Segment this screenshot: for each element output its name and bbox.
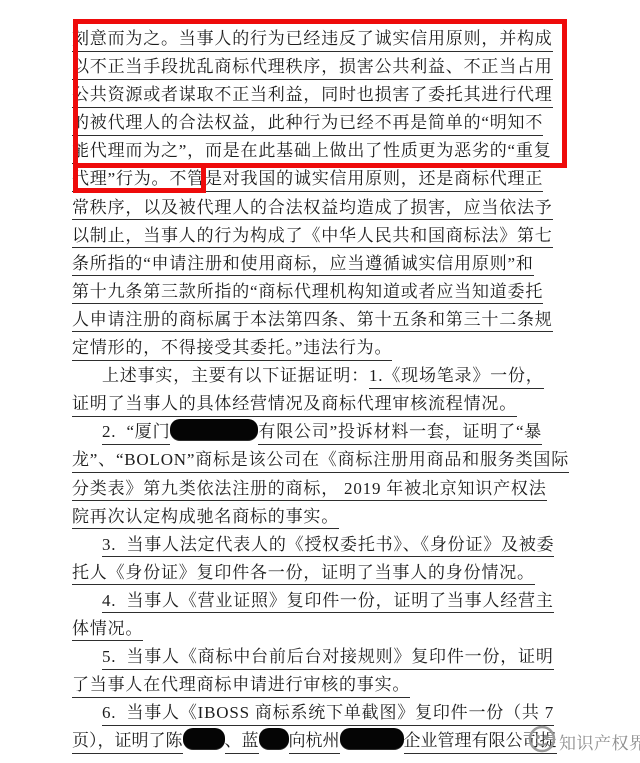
- text-line: 页），证明了陈、蓝向杭州企业管理有限公司提: [72, 727, 566, 755]
- text-line: 证明了当事人的具体经营情况及商标代理审核流程情况。: [72, 390, 566, 418]
- publisher-logo-icon: [528, 725, 556, 758]
- text-line: 托人《身份证》复印件各一份，证明了当事人的身份情况。: [72, 559, 566, 587]
- text-segment: 体情况。: [72, 619, 143, 642]
- watermark: 知识产权界: [528, 725, 640, 758]
- text-line: 条所指的“申请注册和使用商标，应当遵循诚实信用原则”和: [72, 250, 566, 278]
- text-segment: 公共资源或者谋取不正当利益，同时也损害了委托其进行代理: [72, 85, 553, 108]
- text-segment: 的被代理人的合法权益，此种行为已经不再是简单的“明知不: [72, 113, 543, 136]
- text-segment: 刻意而为之。当事人的行为已经违反了诚实信用原则，并构成: [72, 29, 553, 52]
- text-line: 人申请注册的商标属于本法第四条、第十五条和第三十二条规: [72, 306, 566, 334]
- text-segment: 上述事实，主要有以下证据证明：: [102, 366, 369, 385]
- text-line: 院再次认定构成驰名商标的事实。: [72, 503, 566, 531]
- text-segment: 、蓝: [225, 731, 259, 754]
- text-segment: 有限公司”投诉材料一套，证明了“暴: [258, 422, 542, 445]
- text-segment: 6. 当事人《IBOSS 商标系统下单截图》复印件一份（共 7: [102, 703, 554, 726]
- watermark-text: 知识产权界: [559, 729, 640, 754]
- text-segment: 向杭州: [289, 731, 340, 754]
- text-line: 分类表》第九类依法注册的商标， 2019 年被北京知识产权法: [72, 475, 566, 503]
- text-segment: 定情形的，不得接受其委托。”违法行为。: [72, 338, 392, 361]
- redaction-bar: [183, 728, 225, 751]
- text-segment: 了当事人在代理商标申请进行审核的事实。: [72, 675, 410, 698]
- text-line: 上述事实，主要有以下证据证明：1.《现场笔录》一份，: [72, 362, 566, 390]
- text-line: 代理”行为。不管是对我国的诚实信用原则，还是商标代理正: [72, 165, 566, 193]
- text-line: 6. 当事人《IBOSS 商标系统下单截图》复印件一份（共 7: [72, 699, 566, 727]
- redaction-bar: [170, 419, 258, 442]
- text-segment: 以不正当手段扰乱商标代理秩序，损害公共利益、不正当占用: [72, 57, 553, 80]
- text-line: 了当事人在代理商标申请进行审核的事实。: [72, 671, 566, 699]
- text-segment: 4. 当事人《营业证照》复印件一份，证明了当事人经营主: [102, 591, 554, 614]
- text-segment: 页），证明了陈: [72, 731, 183, 754]
- text-segment: 条所指的“申请注册和使用商标，应当遵循诚实信用原则”和: [72, 254, 534, 277]
- text-line: 常秩序，以及被代理人的合法权益均造成了损害，应当依法予: [72, 194, 566, 222]
- text-segment: 龙”、“BOLON”商标是该公司在《商标注册用商品和服务类国际: [72, 450, 569, 473]
- text-segment: 能代理而为之”，而是在此基础上做出了性质更为恶劣的“重复: [72, 141, 552, 164]
- text-line: 龙”、“BOLON”商标是该公司在《商标注册用商品和服务类国际: [72, 446, 566, 474]
- text-line: 以制止，当事人的行为构成了《中华人民共和国商标法》第七: [72, 222, 566, 250]
- text-line: 公共资源或者谋取不正当利益，同时也损害了委托其进行代理: [72, 81, 566, 109]
- text-segment: 证明了当事人的具体经营情况及商标代理审核流程情况。: [72, 394, 517, 417]
- text-line: 第十九条第三款所指的“商标代理机构知道或者应当知道委托: [72, 278, 566, 306]
- text-segment: 院再次认定构成驰名商标的事实。: [72, 507, 339, 530]
- text-segment: 托人《身份证》复印件各一份，证明了当事人的身份情况。: [72, 563, 535, 586]
- document-body: 刻意而为之。当事人的行为已经违反了诚实信用原则，并构成以不正当手段扰乱商标代理秩…: [72, 25, 566, 755]
- text-line: 4. 当事人《营业证照》复印件一份，证明了当事人经营主: [72, 587, 566, 615]
- text-segment: 常秩序，以及被代理人的合法权益均造成了损害，应当依法予: [72, 198, 553, 221]
- text-line: 以不正当手段扰乱商标代理秩序，损害公共利益、不正当占用: [72, 53, 566, 81]
- text-line: 能代理而为之”，而是在此基础上做出了性质更为恶劣的“重复: [72, 137, 566, 165]
- redaction-bar: [340, 728, 404, 751]
- text-line: 5. 当事人《商标中台前后台对接规则》复印件一份，证明: [72, 643, 566, 671]
- text-segment: 分类表》第九类依法注册的商标， 2019 年被北京知识产权法: [72, 479, 547, 502]
- text-segment: 第十九条第三款所指的“商标代理机构知道或者应当知道委托: [72, 282, 543, 305]
- text-line: 定情形的，不得接受其委托。”违法行为。: [72, 334, 566, 362]
- text-line: 体情况。: [72, 615, 566, 643]
- redaction-bar: [259, 728, 289, 751]
- text-line: 3. 当事人法定代表人的《授权委托书》、《身份证》及被委: [72, 531, 566, 559]
- text-line: 2. “厦门有限公司”投诉材料一套，证明了“暴: [72, 418, 566, 446]
- text-segment: 代理”行为。不管是对我国的诚实信用原则，还是商标代理正: [72, 169, 543, 192]
- text-segment: 人申请注册的商标属于本法第四条、第十五条和第三十二条规: [72, 310, 553, 333]
- text-segment: 3. 当事人法定代表人的《授权委托书》、《身份证》及被委: [102, 535, 554, 558]
- text-segment: 1.《现场笔录》一份，: [369, 366, 544, 389]
- text-line: 刻意而为之。当事人的行为已经违反了诚实信用原则，并构成: [72, 25, 566, 53]
- text-segment: 5. 当事人《商标中台前后台对接规则》复印件一份，证明: [102, 647, 554, 670]
- text-segment: 以制止，当事人的行为构成了《中华人民共和国商标法》第七: [72, 226, 553, 249]
- text-segment: 2. “厦门: [102, 422, 170, 445]
- text-line: 的被代理人的合法权益，此种行为已经不再是简单的“明知不: [72, 109, 566, 137]
